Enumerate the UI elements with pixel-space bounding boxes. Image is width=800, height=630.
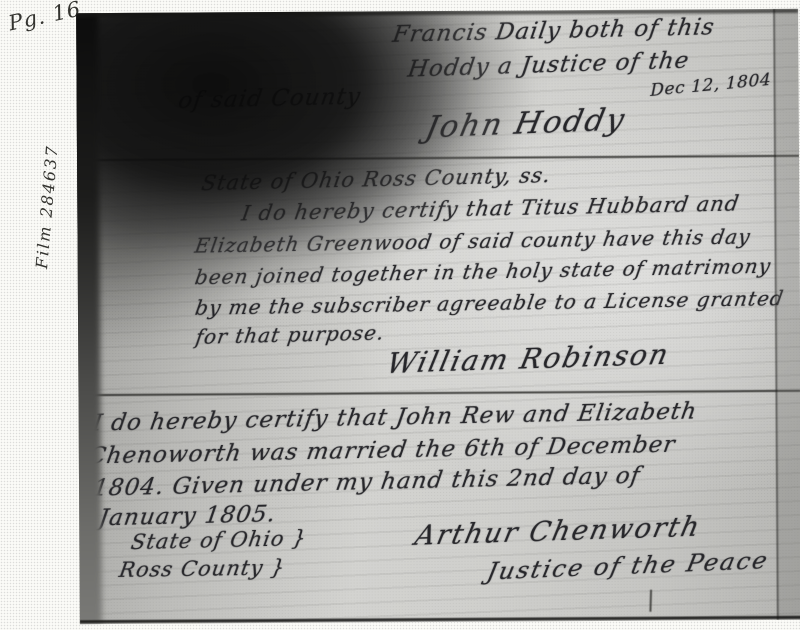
date-annotation: Dec 12, 1804 (650, 70, 771, 101)
jurisdiction-line: Ross County } (117, 555, 287, 581)
book-gutter-shadow (76, 13, 102, 624)
handwritten-line: I do hereby certify that John Rew and El… (91, 398, 699, 436)
document-photo: Francis Daily both of this Hoddy a Justi… (76, 9, 800, 624)
jurisdiction-line: State of Ohio } (129, 526, 308, 554)
film-number-note: Film 284637 (32, 144, 62, 270)
scan-canvas: { "margins": { "page_label": "Pg. 16", "… (0, 0, 800, 630)
handwritten-line: 1804. Given under my hand this 2nd day o… (91, 463, 642, 502)
dark-exposure-blob (76, 9, 648, 394)
page-number-note: Pg. 16 (6, 0, 83, 35)
stray-ink-mark (649, 590, 652, 612)
photo-bottom-edge (80, 616, 800, 623)
signature-title: Justice of the Peace (485, 546, 772, 585)
right-edge-shading (775, 9, 800, 620)
signature-arthur-chenworth: Arthur Chenworth (412, 512, 704, 552)
